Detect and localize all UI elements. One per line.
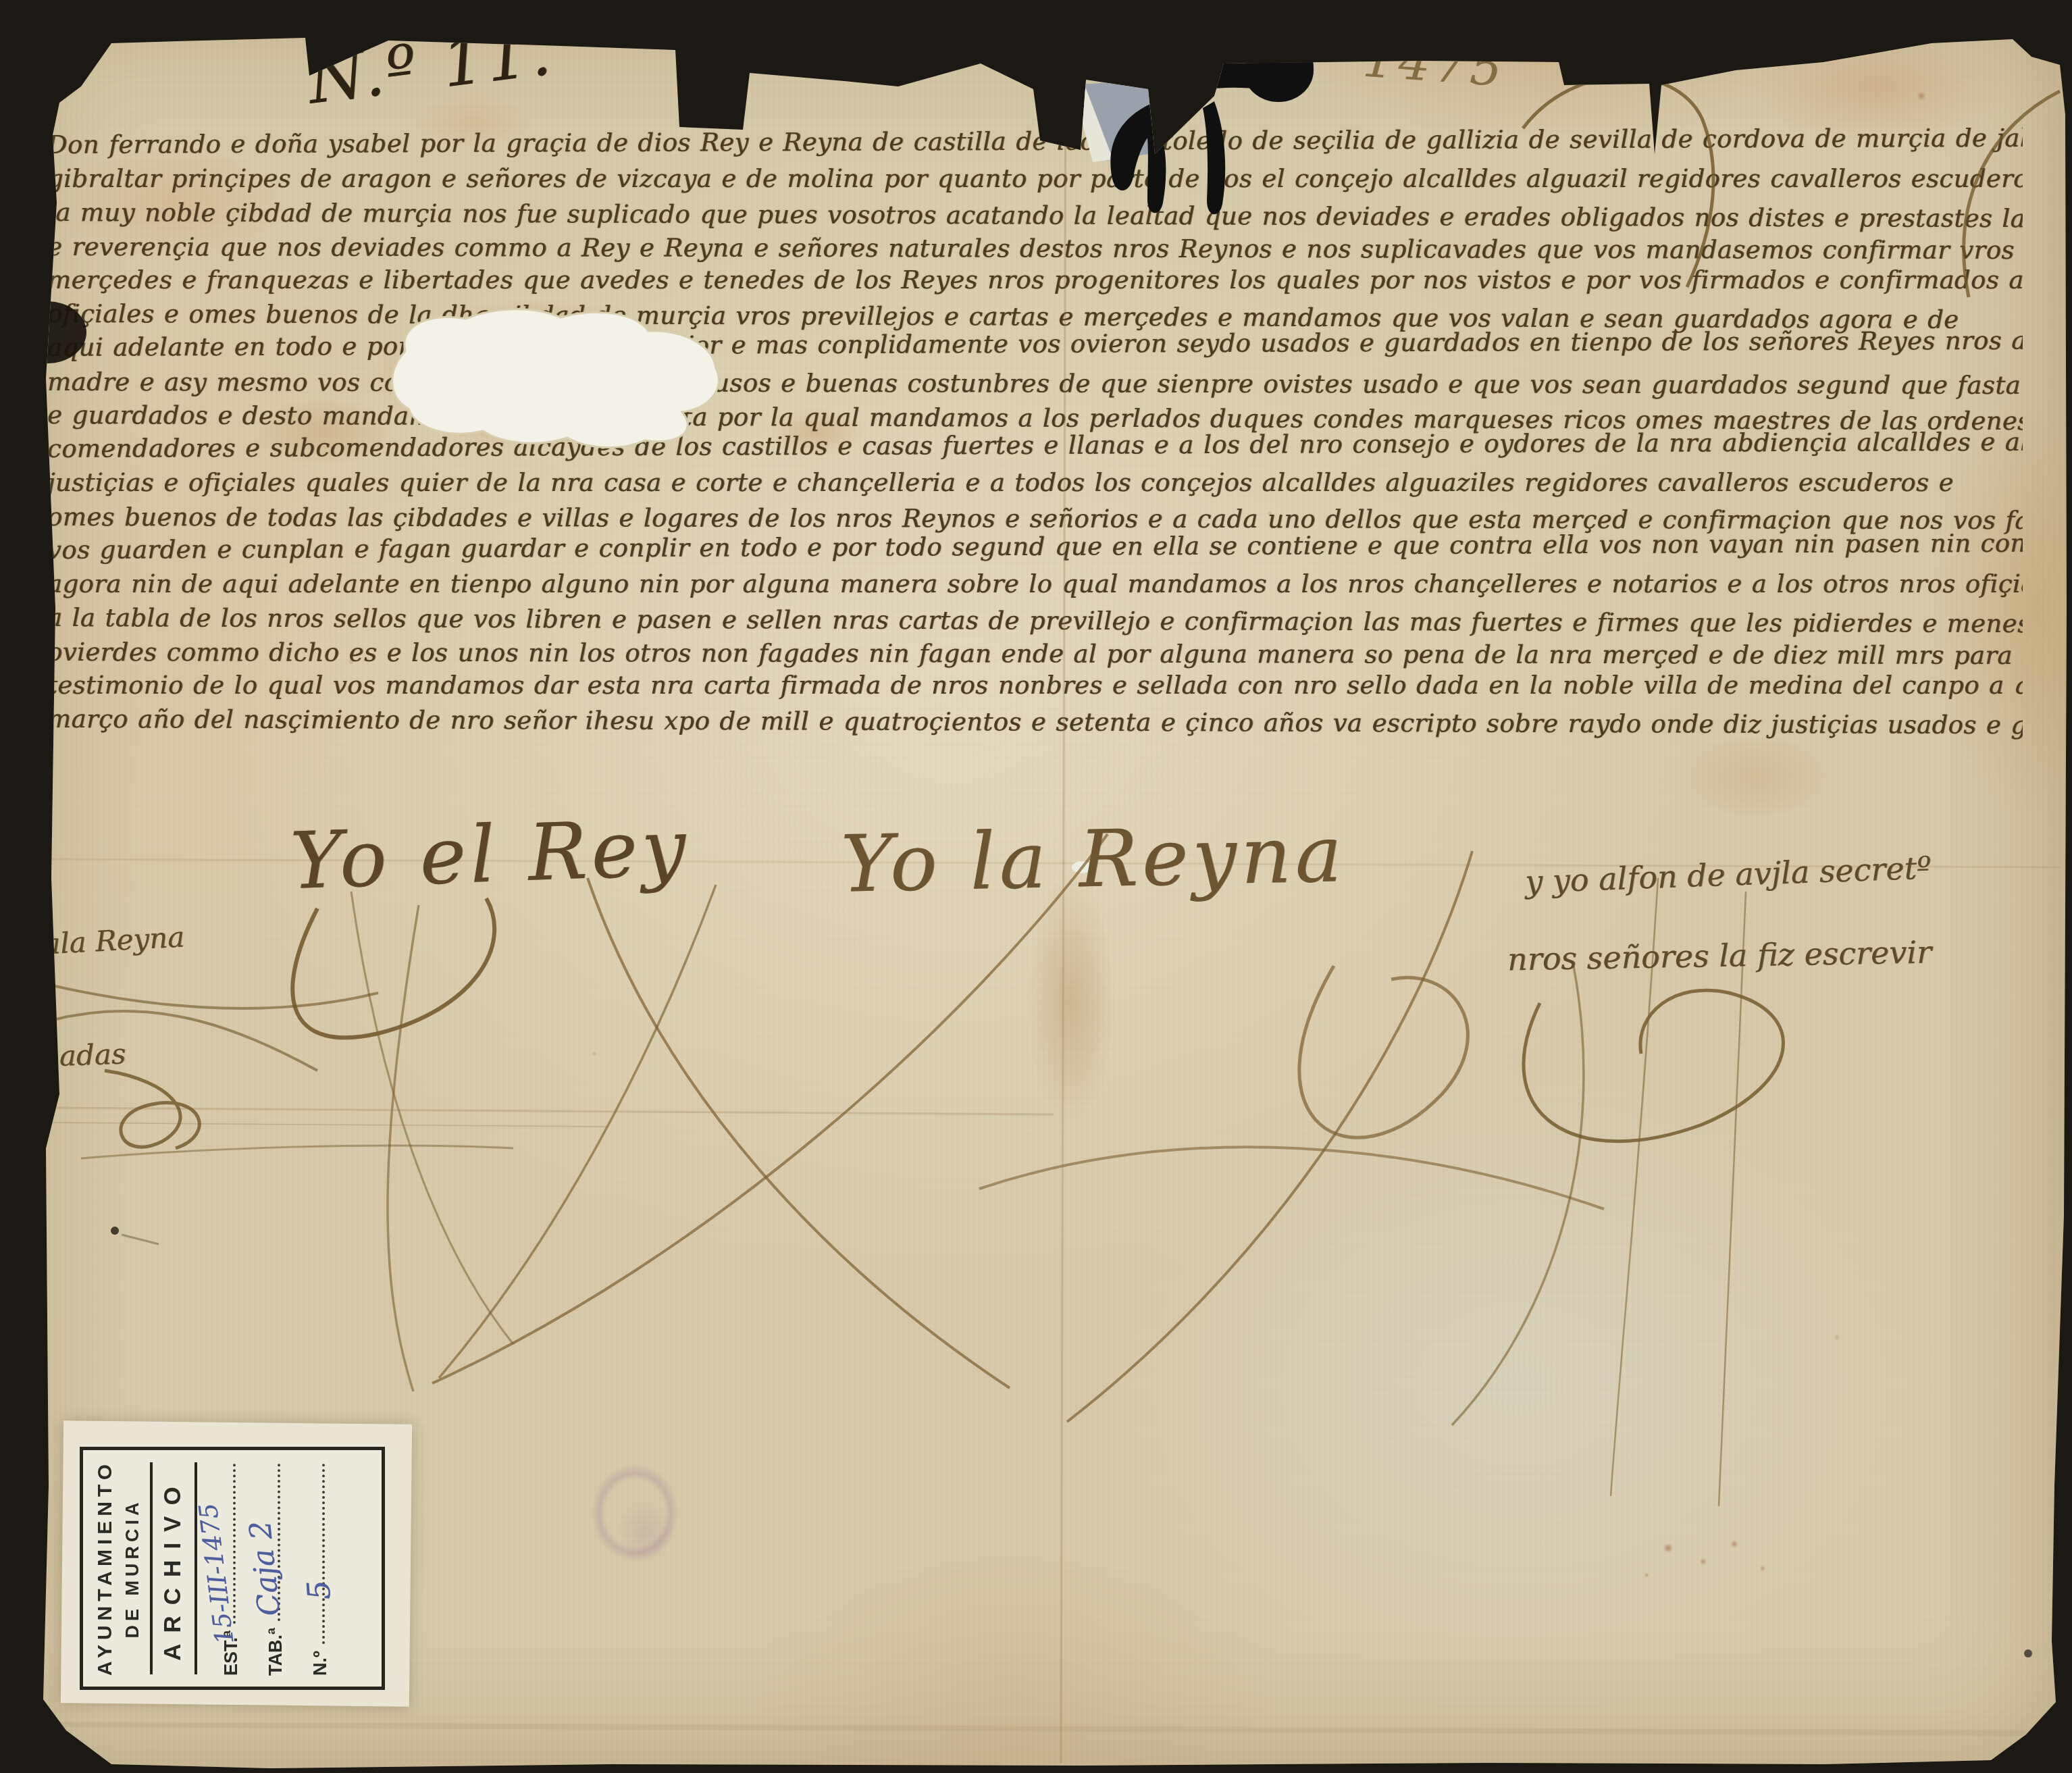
left-edge-ink-blot <box>8 301 86 363</box>
label-section-title: ARCHIVO <box>153 1461 195 1676</box>
ink-speck-smudge <box>122 1235 159 1244</box>
king-paraph-loop <box>292 898 494 1037</box>
king-flourish-2 <box>588 878 1010 1388</box>
label-field-num: N.º <box>286 1461 331 1676</box>
ink-blot-drip-1 <box>1146 124 1166 213</box>
top-right-paraph <box>1964 91 2060 297</box>
collation-cross-mark: + <box>882 53 908 89</box>
parchment-page: Don ferrando e doña ysabel por la graçia… <box>0 0 2072 1773</box>
king-signature: Yo el Rey <box>289 802 692 908</box>
label-field-num-label: N.º <box>310 1651 331 1676</box>
document-photo: Don ferrando e doña ysabel por la graçia… <box>0 0 2072 1773</box>
margin-sweep-1 <box>41 983 378 1008</box>
bottom-wrinkle <box>41 1724 2026 1733</box>
queen-flourish-1 <box>1067 851 1472 1422</box>
secretary-attestation-line-2: nros señores la fiz escrevir <box>1507 934 1932 978</box>
label-field-tab-label: TAB.ª <box>265 1628 286 1676</box>
queen-paraph-loop <box>1299 966 1468 1137</box>
secretary-rubric-loop <box>1524 990 1783 1141</box>
ink-blot-drip-2 <box>1203 101 1225 214</box>
label-org-line-2: DE MURCIA <box>117 1461 150 1676</box>
paper-hole <box>392 309 719 448</box>
year-annotation: 1475 <box>1361 30 1508 99</box>
king-flourish-1 <box>432 834 1108 1383</box>
king-flourish-4 <box>388 905 419 1391</box>
ink-blot-mass <box>1243 38 1314 102</box>
label-org-line-1: AYUNTAMIENTO <box>90 1461 117 1676</box>
king-flourish-3 <box>439 885 716 1378</box>
queen-signature: Yo la Reyna <box>840 808 1347 910</box>
chancery-note-bottom: madas <box>32 1037 126 1074</box>
secretary-hairline-2 <box>1719 892 1746 1506</box>
queen-flourish-2 <box>979 1147 1604 1209</box>
label-field-num-dotted-line <box>321 1464 325 1644</box>
ink-speck-1 <box>111 1227 119 1235</box>
archive-label: AYUNTAMIENTO DE MURCIA ARCHIVO EST.ª TAB… <box>80 1447 385 1690</box>
top-flourish-curve <box>1523 77 1713 287</box>
label-handwritten-num-value: 5 <box>300 1579 338 1601</box>
ink-speck-2 <box>2024 1649 2032 1658</box>
